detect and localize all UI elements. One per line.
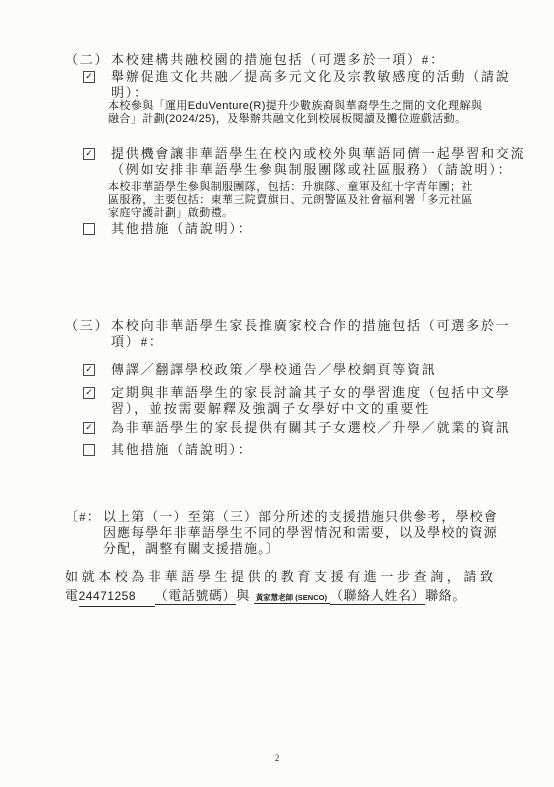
footnote-label: 〔#：	[65, 509, 101, 525]
footnote-line: 因應每學年非華語學生不同的學習情況和需要，以及學校的資源	[103, 525, 498, 541]
section-3-label: （三）	[65, 318, 109, 334]
person-field-label: （聯絡人姓名）	[330, 588, 425, 605]
contact-person-name: 黃家慧老師 (SENCO)	[254, 593, 330, 604]
section-2-item-2-line: 提供機會讓非華語學生在校內或校外與華語同儕一起學習和交流	[111, 146, 525, 162]
answer-text-line: 區服務，主要包括：東華三院賣旗日、元朗警區及社會福利署「多元社區	[108, 194, 473, 207]
checkbox-cultural-activities[interactable]: ✓	[83, 71, 95, 83]
scanned-form-page: （二） 本校建構共融校園的措施包括（可選多於一項）#： ✓ 舉辦促進文化共融／提…	[0, 0, 554, 787]
section-3-item-1-line: 傳譯／翻譯學校政策／學校通告／學校網頁等資訊	[111, 362, 437, 378]
checkbox-peer-learning[interactable]: ✓	[83, 148, 95, 160]
phone-number: 24471258	[79, 589, 136, 603]
section-2-item-1-line: 明）：	[111, 85, 149, 101]
section-2-item-3-line: 其他措施（請說明）：	[111, 221, 253, 237]
section-3-heading-line: 項）#：	[111, 334, 164, 350]
answer-text-line: 融合」計劃(2024/25)，及舉辦共融文化到校展板閱讀及攤位遊戲活動。	[108, 113, 467, 126]
footnote-line: 以上第（一）至第（三）部分所述的支援措施只供參考，學校會	[103, 509, 498, 525]
contact-line-2: 電24471258（電話號碼）與 黃家慧老師 (SENCO)（聯絡人姓名）聯絡。	[65, 587, 466, 607]
page-number: 2	[0, 754, 554, 764]
section-2-item-1-line: 舉辦促進文化共融／提高多元文化及宗教敏感度的活動（請說	[111, 69, 511, 85]
phone-field-label: （電話號碼）	[155, 588, 237, 605]
checkbox-translation[interactable]: ✓	[83, 364, 95, 376]
checkbox-other-measures-s2[interactable]	[83, 223, 95, 235]
section-3-heading-line: 本校向非華語學生家長推廣家校合作的措施包括（可選多於一	[111, 318, 511, 334]
section-2-heading: 本校建構共融校園的措施包括（可選多於一項）#：	[111, 52, 445, 68]
contact-suffix: 聯絡。	[425, 588, 466, 603]
answer-text-line: 家庭守護計劃」啟動禮。	[108, 207, 233, 220]
section-3-item-4-line: 其他措施（請說明）：	[111, 442, 253, 458]
contact-line-1: 如就本校為非華語學生提供的教育支援有進一步查詢，請致	[65, 569, 497, 585]
checkbox-parent-discussion[interactable]: ✓	[83, 387, 95, 399]
section-2-label: （二）	[65, 52, 109, 68]
checkbox-other-measures-s3[interactable]	[83, 444, 95, 456]
answer-text-line: 本校參與「運用EduVenture(R)提升少數族裔與華裔學生之間的文化理解與	[108, 100, 482, 113]
contact-prefix: 電	[65, 588, 79, 603]
section-3-item-2-line: 定期與非華語學生的家長討論其子女的學習進度（包括中文學	[111, 385, 511, 401]
answer-text-line: 本校非華語學生參與制服團隊，包括：升旗隊、童軍及紅十字青年團；社	[108, 181, 473, 194]
footnote-line: 分配，調整有關支援措施。〕	[103, 541, 280, 557]
section-3-item-2-line: 習），並按需要解釋及強調子女學好中文的重要性	[111, 401, 430, 417]
phone-number-field: 24471258	[79, 588, 155, 607]
section-3-item-3-line: 為非華語學生的家長提供有關其子女選校／升學／就業的資訊	[111, 420, 511, 436]
contact-middle: 與	[236, 588, 250, 603]
section-2-item-2-line: （例如安排非華語學生參與制服團隊或社區服務）（請說明）：	[111, 162, 512, 178]
checkbox-school-info[interactable]: ✓	[83, 422, 95, 434]
